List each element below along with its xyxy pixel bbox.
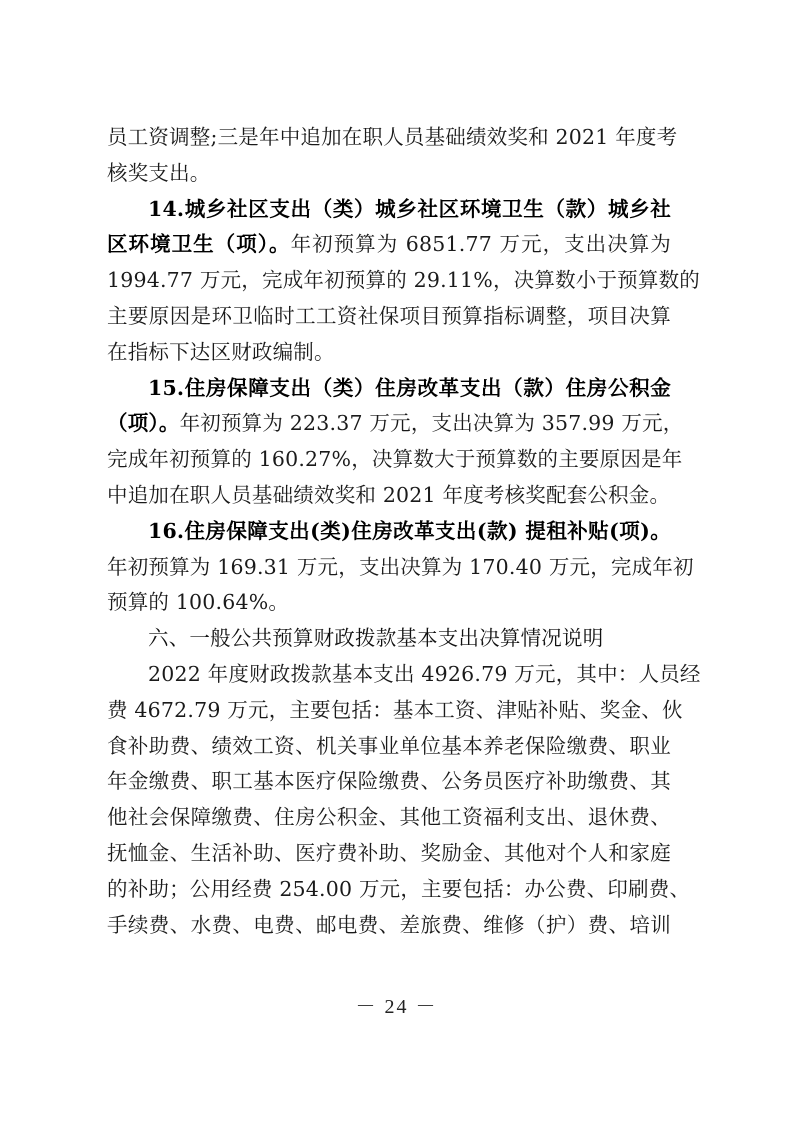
- section-heading-14: 14.城乡社区支出（类）城乡社区环境卫生（款）城乡社: [107, 192, 671, 228]
- line-text: 年初预算为 169.31 万元，支出决算为 170.40 万元，完成年初: [107, 555, 694, 579]
- line-text: 在指标下达区财政编制。: [107, 340, 335, 364]
- text-line: 费 4672.79 万元，主要包括：基本工资、津贴补贴、奖金、伙: [107, 693, 671, 729]
- chapter-title: 六、一般公共预算财政拨款基本支出决算情况说明: [148, 626, 603, 650]
- line-text: 抚恤金、生活补助、医疗费补助、奖励金、其他对个人和家庭: [107, 841, 671, 865]
- section-heading-16: 16.住房保障支出(类)住房改革支出(款) 提租补贴(项)。: [107, 514, 671, 550]
- text-line: 区环境卫生（项）。年初预算为 6851.77 万元，支出决算为: [107, 227, 671, 263]
- line-text: 2022 年度财政拨款基本支出 4926.79 万元，其中：人员经: [148, 662, 701, 686]
- text-line: 员工资调整;三是年中追加在职人员基础绩效奖和 2021 年度考: [107, 120, 671, 156]
- line-text: 年初预算为 223.37 万元，支出决算为 357.99 万元，: [180, 411, 684, 435]
- text-line: 预算的 100.64%。: [107, 585, 671, 621]
- line-text: 预算的 100.64%。: [107, 590, 289, 614]
- text-line: 食补助费、绩效工资、机关事业单位基本养老保险缴费、职业: [107, 729, 671, 765]
- text-line: 手续费、水费、电费、邮电费、差旅费、维修（护）费、培训: [107, 908, 671, 944]
- text-line: （项）。年初预算为 223.37 万元，支出决算为 357.99 万元，: [107, 406, 671, 442]
- line-text: 完成年初预算的 160.27%，决算数大于预算数的主要原因是年: [107, 447, 682, 471]
- item-title: 16.住房保障支出(类)住房改革支出(款) 提租补贴(项)。: [148, 519, 671, 543]
- section-heading-15: 15.住房保障支出（类）住房改革支出（款）住房公积金: [107, 371, 671, 407]
- item-title: （项）。: [107, 411, 180, 435]
- chapter-heading-6: 六、一般公共预算财政拨款基本支出决算情况说明: [107, 621, 671, 657]
- text-line: 他社会保障缴费、住房公积金、其他工资福利支出、退休费、: [107, 800, 671, 836]
- item-title: 15.住房保障支出（类）住房改革支出（款）住房公积金: [148, 376, 671, 400]
- text-line: 在指标下达区财政编制。: [107, 335, 671, 371]
- page-number: － 24 －: [0, 990, 793, 1019]
- text-line: 抚恤金、生活补助、医疗费补助、奖励金、其他对个人和家庭: [107, 836, 671, 872]
- text-line: 主要原因是环卫临时工工资社保项目预算指标调整，项目决算: [107, 299, 671, 335]
- line-text: 的补助；公用经费 254.00 万元，主要包括：办公费、印刷费、: [107, 877, 690, 901]
- line-text: 手续费、水费、电费、邮电费、差旅费、维修（护）费、培训: [107, 913, 671, 937]
- line-text: 中追加在职人员基础绩效奖和 2021 年度考核奖配套公积金。: [107, 483, 670, 507]
- line-text: 他社会保障缴费、住房公积金、其他工资福利支出、退休费、: [107, 805, 671, 829]
- line-text: 主要原因是环卫临时工工资社保项目预算指标调整，项目决算: [107, 304, 671, 328]
- text-line: 年金缴费、职工基本医疗保险缴费、公务员医疗补助缴费、其: [107, 764, 671, 800]
- item-title: 区环境卫生（项）。: [107, 232, 291, 256]
- line-text: 费 4672.79 万元，主要包括：基本工资、津贴补贴、奖金、伙: [107, 698, 683, 722]
- text-line: 的补助；公用经费 254.00 万元，主要包括：办公费、印刷费、: [107, 872, 671, 908]
- text-line: 核奖支出。: [107, 156, 671, 192]
- text-line: 年初预算为 169.31 万元，支出决算为 170.40 万元，完成年初: [107, 550, 671, 586]
- line-text: 1994.77 万元，完成年初预算的 29.11%，决算数小于预算数的: [107, 268, 700, 292]
- text-line: 中追加在职人员基础绩效奖和 2021 年度考核奖配套公积金。: [107, 478, 671, 514]
- line-text: 年金缴费、职工基本医疗保险缴费、公务员医疗补助缴费、其: [107, 769, 671, 793]
- item-title: 14.城乡社区支出（类）城乡社区环境卫生（款）城乡社: [148, 197, 671, 221]
- line-text: 食补助费、绩效工资、机关事业单位基本养老保险缴费、职业: [107, 734, 671, 758]
- line-text: 年初预算为 6851.77 万元，支出决算为: [291, 232, 671, 256]
- document-body: 员工资调整;三是年中追加在职人员基础绩效奖和 2021 年度考 核奖支出。 14…: [107, 120, 671, 943]
- line-text: 员工资调整;三是年中追加在职人员基础绩效奖和 2021 年度考: [107, 125, 677, 149]
- text-line: 完成年初预算的 160.27%，决算数大于预算数的主要原因是年: [107, 442, 671, 478]
- line-text: 核奖支出。: [107, 161, 211, 185]
- text-line: 1994.77 万元，完成年初预算的 29.11%，决算数小于预算数的: [107, 263, 671, 299]
- text-line: 2022 年度财政拨款基本支出 4926.79 万元，其中：人员经: [107, 657, 671, 693]
